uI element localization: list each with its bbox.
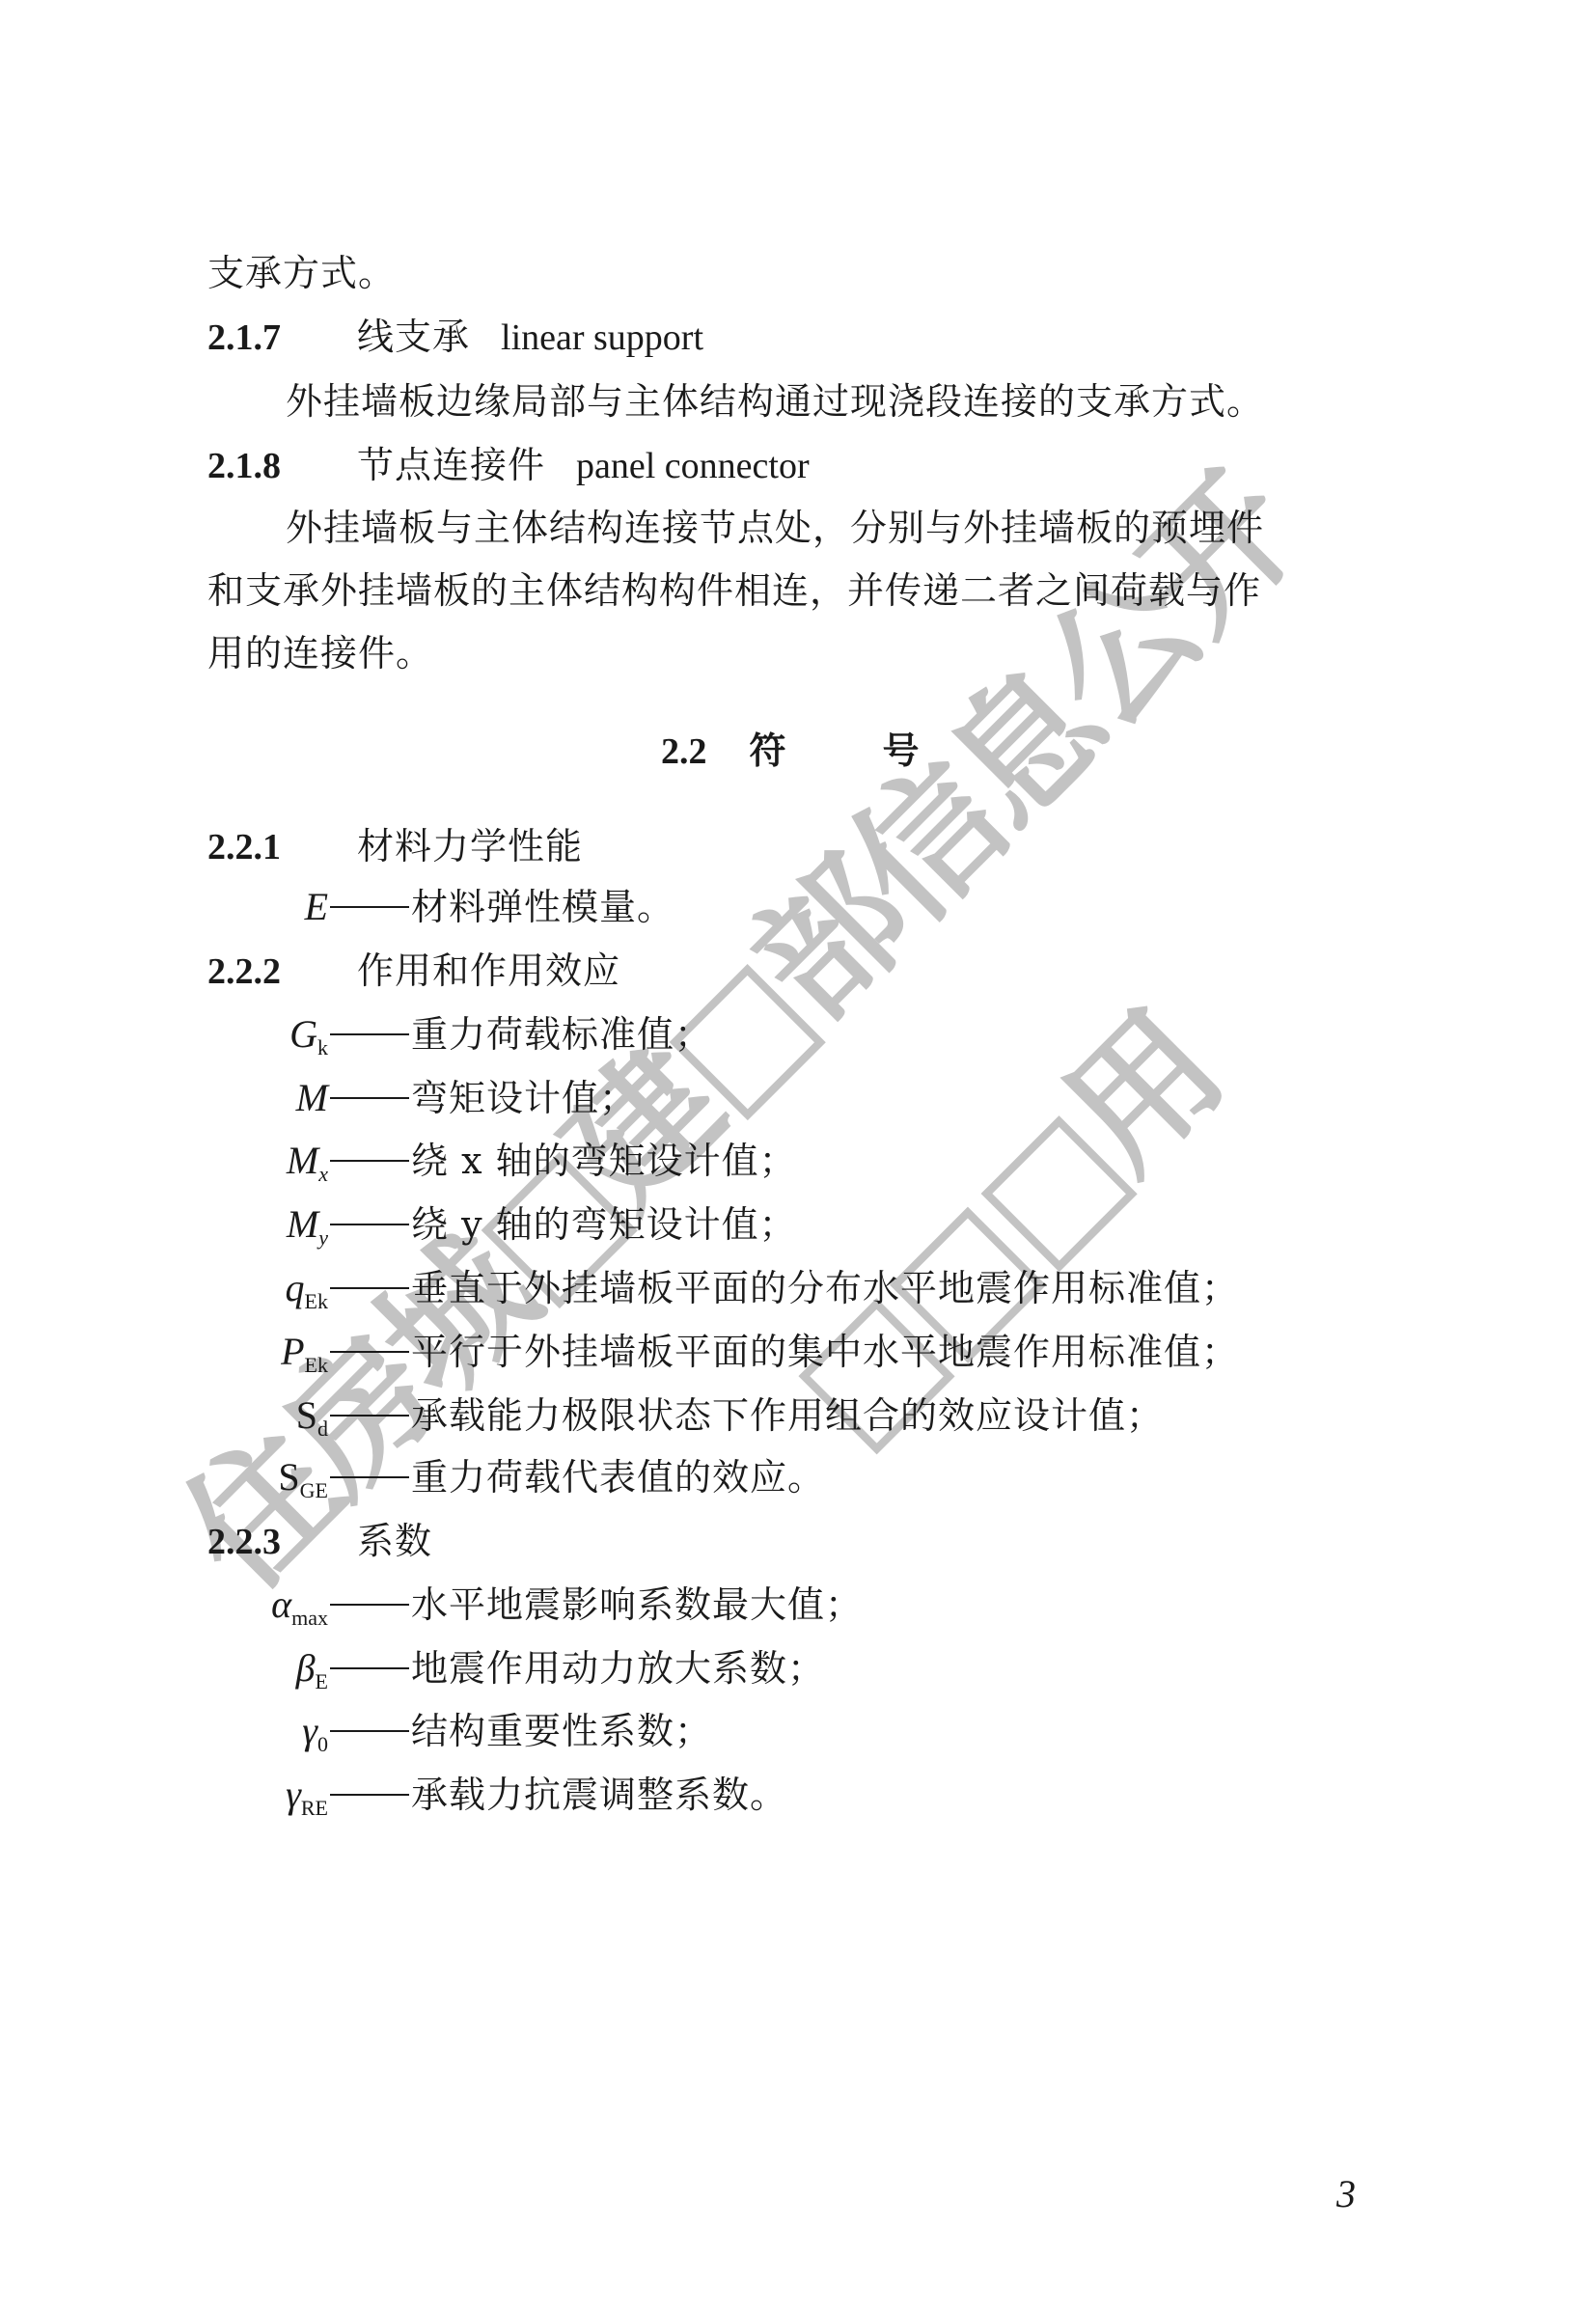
symbol-description: 重力荷载标准值； <box>411 1013 712 1056</box>
symbol-description: 绕 y 轴的弯矩设计值； <box>411 1203 797 1246</box>
symbol-row: Gk重力荷载标准值； <box>232 1012 712 1070</box>
term-heading-2-1-8: 2.1.8节点连接件panel connector <box>207 443 810 488</box>
group-heading-2-2-1: 2.2.1材料力学性能 <box>207 824 583 869</box>
symbol: γ0 <box>232 1709 328 1767</box>
em-dash <box>330 906 409 908</box>
symbol-description: 材料弹性模量。 <box>411 886 674 928</box>
group-heading-2-2-2: 2.2.2作用和作用效应 <box>207 949 620 994</box>
term-en: panel connector <box>576 446 810 486</box>
em-dash <box>330 1351 409 1353</box>
symbol: βE <box>232 1646 328 1704</box>
section-title-char-2: 号 <box>883 729 920 772</box>
em-dash <box>330 1667 409 1669</box>
symbol-description: 承载能力极限状态下作用组合的效应设计值； <box>411 1394 1164 1437</box>
symbol: Mx <box>232 1139 328 1197</box>
symbol-row: M弯矩设计值； <box>232 1076 637 1120</box>
symbol: αmax <box>232 1582 328 1640</box>
symbol: SGE <box>232 1455 328 1513</box>
term-definition-line: 外挂墙板边缘局部与主体结构通过现浇段连接的支承方式。 <box>286 379 1264 424</box>
em-dash <box>330 1476 409 1478</box>
symbol-row: Sd承载能力极限状态下作用组合的效应设计值； <box>232 1393 1164 1451</box>
group-title: 材料力学性能 <box>357 825 583 867</box>
symbol-description: 地震作用动力放大系数； <box>411 1647 825 1690</box>
symbol: γRE <box>232 1773 328 1830</box>
em-dash <box>330 1160 409 1162</box>
group-title: 系数 <box>357 1520 432 1562</box>
term-heading-2-1-7: 2.1.7线支承linear support <box>207 315 703 360</box>
symbol-row: PEk平行于外挂墙板平面的集中水平地震作用标准值； <box>232 1330 1239 1388</box>
em-dash <box>330 1097 409 1099</box>
symbol: M <box>232 1076 328 1120</box>
symbol: Gk <box>232 1012 328 1070</box>
symbol-description: 结构重要性系数； <box>411 1710 712 1752</box>
symbol-description: 垂直于外挂墙板平面的分布水平地震作用标准值； <box>411 1267 1239 1309</box>
symbol-row: My绕 y 轴的弯矩设计值； <box>232 1202 797 1260</box>
continuation-text: 支承方式。 <box>207 251 396 295</box>
em-dash <box>330 1287 409 1289</box>
symbol-row: E材料弹性模量。 <box>289 885 674 929</box>
em-dash <box>330 1415 409 1417</box>
group-heading-2-2-3: 2.2.3系数 <box>207 1519 432 1564</box>
em-dash <box>330 1730 409 1732</box>
symbol-row: Mx绕 x 轴的弯矩设计值； <box>232 1139 797 1197</box>
term-number: 2.1.7 <box>207 316 357 360</box>
term-zh: 节点连接件 <box>357 444 545 486</box>
symbol-row: γRE承载力抗震调整系数。 <box>232 1773 787 1830</box>
group-number: 2.2.2 <box>207 949 357 994</box>
em-dash <box>330 1033 409 1035</box>
group-number: 2.2.1 <box>207 825 357 869</box>
symbol-description: 承载力抗震调整系数。 <box>411 1774 787 1816</box>
group-number: 2.2.3 <box>207 1520 357 1564</box>
symbol-description: 弯矩设计值； <box>411 1077 637 1119</box>
term-definition-line: 用的连接件。 <box>207 631 433 675</box>
em-dash <box>330 1224 409 1225</box>
page-number: 3 <box>1336 2171 1356 2216</box>
symbol-row: γ0结构重要性系数； <box>232 1709 712 1767</box>
symbol-row: qEk垂直于外挂墙板平面的分布水平地震作用标准值； <box>232 1266 1239 1324</box>
symbol: PEk <box>232 1330 328 1388</box>
term-zh: 线支承 <box>357 316 470 358</box>
symbol-row: αmax水平地震影响系数最大值； <box>232 1582 863 1640</box>
symbol: qEk <box>232 1266 328 1324</box>
section-title-char-1: 符 <box>750 729 786 772</box>
symbol-description: 水平地震影响系数最大值； <box>411 1583 863 1626</box>
term-definition-line: 外挂墙板与主体结构连接节点处，分别与外挂墙板的预埋件 <box>286 506 1264 550</box>
term-en: linear support <box>501 317 703 358</box>
symbol-row: SGE重力荷载代表值的效应。 <box>232 1455 825 1513</box>
section-heading: 2.2符号 <box>661 729 920 774</box>
symbol-description: 平行于外挂墙板平面的集中水平地震作用标准值； <box>411 1331 1239 1373</box>
group-title: 作用和作用效应 <box>357 949 620 992</box>
symbol-description: 绕 x 轴的弯矩设计值； <box>411 1140 797 1182</box>
term-number: 2.1.8 <box>207 444 357 488</box>
section-number: 2.2 <box>661 731 707 772</box>
term-definition-line: 和支承外挂墙板的主体结构构件相连，并传递二者之间荷载与作 <box>207 568 1261 613</box>
em-dash <box>330 1794 409 1796</box>
em-dash <box>330 1604 409 1606</box>
symbol: My <box>232 1202 328 1260</box>
symbol-description: 重力荷载代表值的效应。 <box>411 1456 825 1499</box>
symbol: E <box>289 885 328 929</box>
symbol-row: βE地震作用动力放大系数； <box>232 1646 825 1704</box>
symbol: Sd <box>232 1393 328 1451</box>
